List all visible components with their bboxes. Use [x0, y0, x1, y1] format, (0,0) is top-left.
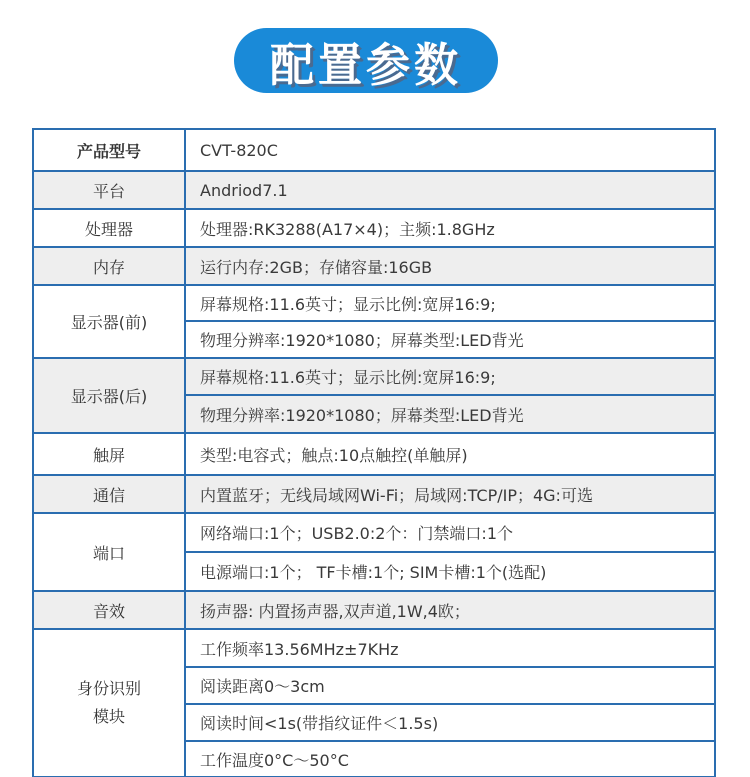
row-label-id-module-line2: 模块 [34, 703, 184, 731]
row-value-ports-2: 电源端口:1个； TF卡槽:1个; SIM卡槽:1个(选配) [185, 552, 715, 591]
table-row: 处理器 处理器:RK3288(A17×4)；主频:1.8GHz [33, 209, 715, 247]
spec-table: 产品型号 CVT-820C 平台 Andriod7.1 处理器 处理器:RK32… [32, 128, 716, 777]
row-label-communication: 通信 [33, 475, 185, 513]
row-value-processor: 处理器:RK3288(A17×4)；主频:1.8GHz [185, 209, 715, 247]
table-row: 端口 网络端口:1个；USB2.0:2个：门禁端口:1个 [33, 513, 715, 552]
row-label-touchscreen: 触屏 [33, 433, 185, 475]
table-row: 产品型号 CVT-820C [33, 129, 715, 171]
table-row: 触屏 类型:电容式；触点:10点触控(单触屏) [33, 433, 715, 475]
table-row: 通信 内置蓝牙；无线局域网Wi-Fi；局域网:TCP/IP；4G:可选 [33, 475, 715, 513]
row-value-id-module-3: 阅读时间<1s(带指纹证件＜1.5s) [185, 704, 715, 741]
row-value-display-front-1: 屏幕规格:11.6英寸；显示比例:宽屏16:9; [185, 285, 715, 321]
row-value-id-module-4: 工作温度0°C～50°C [185, 741, 715, 777]
row-value-id-module-1: 工作频率13.56MHz±7KHz [185, 629, 715, 667]
row-label-display-front: 显示器(前) [33, 285, 185, 358]
row-label-model: 产品型号 [33, 129, 185, 171]
title-banner: 配置参数 [234, 28, 498, 93]
row-value-display-rear-1: 屏幕规格:11.6英寸；显示比例:宽屏16:9; [185, 358, 715, 395]
row-label-ports: 端口 [33, 513, 185, 591]
table-row: 显示器(后) 屏幕规格:11.6英寸；显示比例:宽屏16:9; [33, 358, 715, 395]
row-label-audio: 音效 [33, 591, 185, 629]
table-row: 身份识别 模块 工作频率13.56MHz±7KHz [33, 629, 715, 667]
row-label-platform: 平台 [33, 171, 185, 209]
row-value-platform: Andriod7.1 [185, 171, 715, 209]
table-row: 内存 运行内存:2GB；存储容量:16GB [33, 247, 715, 285]
row-value-ports-1: 网络端口:1个；USB2.0:2个：门禁端口:1个 [185, 513, 715, 552]
row-value-display-front-2: 物理分辨率:1920*1080；屏幕类型:LED背光 [185, 321, 715, 358]
page-title: 配置参数 [270, 27, 462, 94]
row-value-display-rear-2: 物理分辨率:1920*1080；屏幕类型:LED背光 [185, 395, 715, 433]
row-label-id-module-line1: 身份识别 [34, 675, 184, 703]
row-value-communication: 内置蓝牙；无线局域网Wi-Fi；局域网:TCP/IP；4G:可选 [185, 475, 715, 513]
row-value-touchscreen: 类型:电容式；触点:10点触控(单触屏) [185, 433, 715, 475]
table-row: 显示器(前) 屏幕规格:11.6英寸；显示比例:宽屏16:9; [33, 285, 715, 321]
row-value-audio: 扬声器: 内置扬声器,双声道,1W,4欧； [185, 591, 715, 629]
row-value-model: CVT-820C [185, 129, 715, 171]
row-label-memory: 内存 [33, 247, 185, 285]
row-label-id-module: 身份识别 模块 [33, 629, 185, 777]
row-value-id-module-2: 阅读距离0～3cm [185, 667, 715, 704]
table-row: 音效 扬声器: 内置扬声器,双声道,1W,4欧； [33, 591, 715, 629]
row-label-display-rear: 显示器(后) [33, 358, 185, 433]
row-value-memory: 运行内存:2GB；存储容量:16GB [185, 247, 715, 285]
row-label-processor: 处理器 [33, 209, 185, 247]
table-row: 平台 Andriod7.1 [33, 171, 715, 209]
